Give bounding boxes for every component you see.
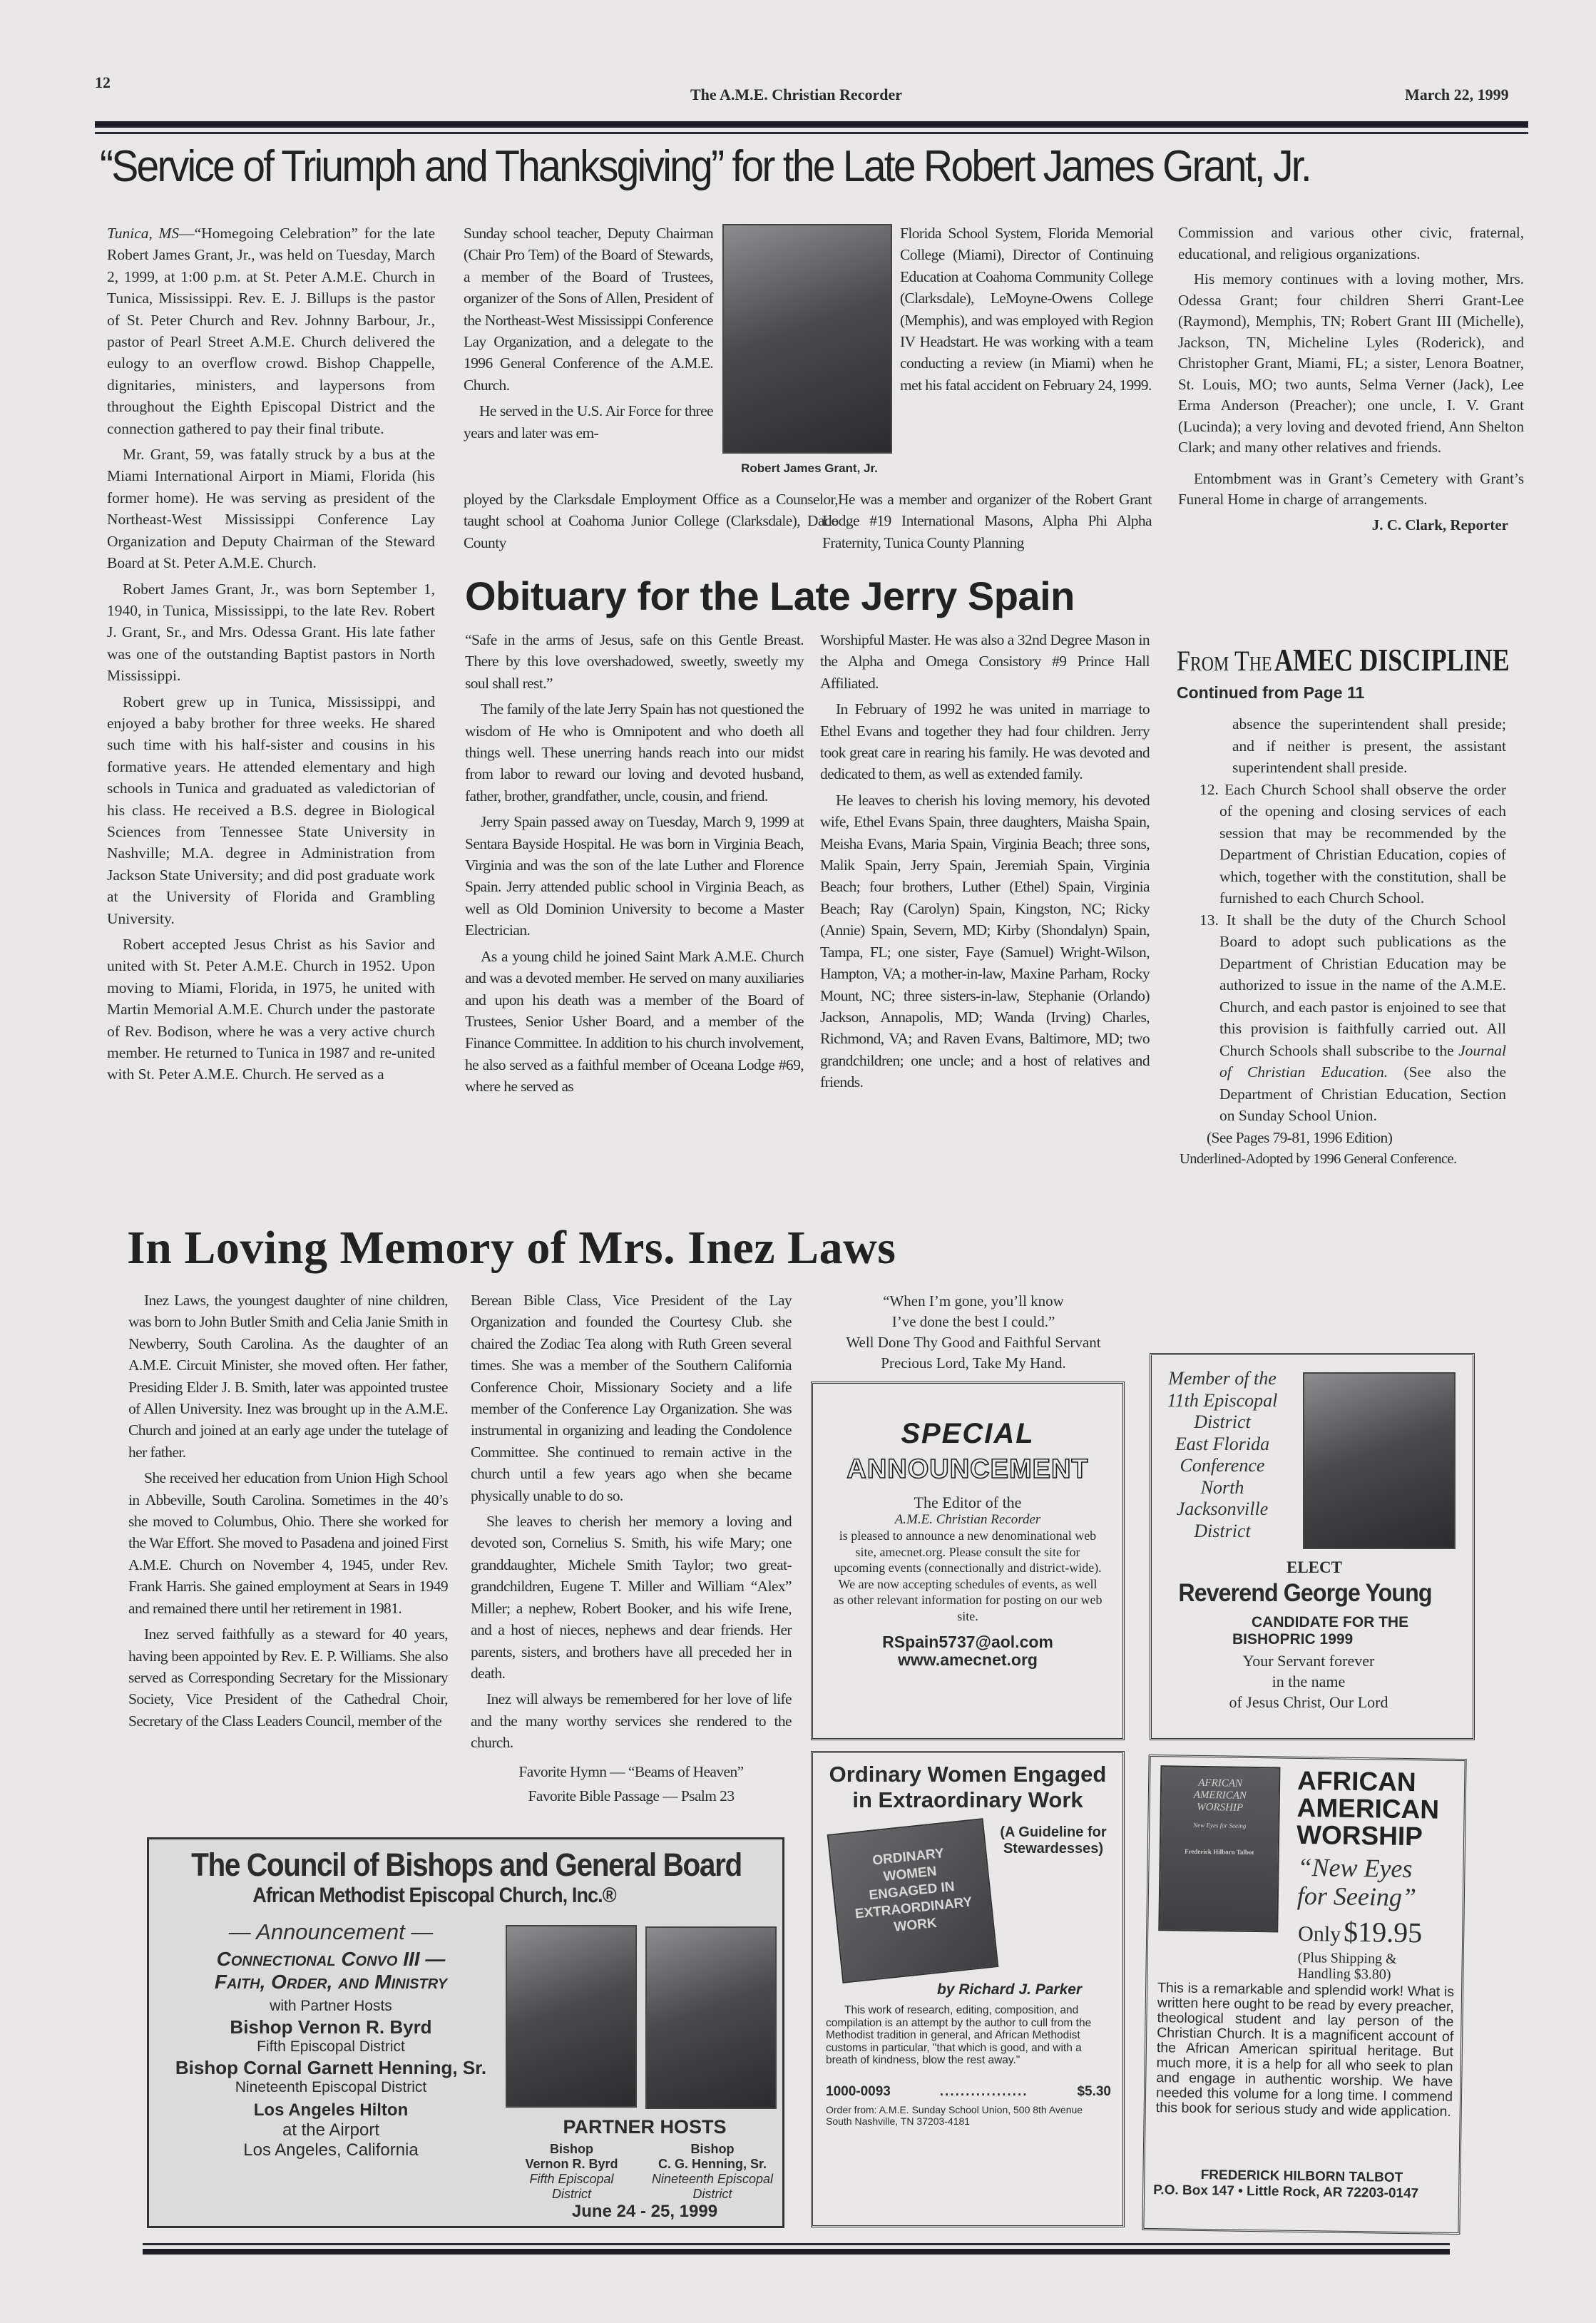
announcement-title: ANNOUNCEMENT bbox=[813, 1454, 1122, 1485]
paragraph: Mr. Grant, 59, was fatally struck by a b… bbox=[107, 444, 435, 573]
subtitle-line: Stewardesses) bbox=[993, 1841, 1114, 1857]
special-title: SPECIAL bbox=[813, 1418, 1122, 1450]
announcement-body: is pleased to announce a new denominatio… bbox=[813, 1528, 1122, 1624]
council-left-panel: — Announcement — Connectional Convo III … bbox=[156, 1919, 506, 2160]
item-number: 13. bbox=[1199, 912, 1219, 929]
ordinary-women-book-cover: ORDINARY WOMEN ENGAGED IN EXTRAORDINARY … bbox=[827, 1818, 999, 1984]
george-young-ad: Member of the 11th Episcopal District Ea… bbox=[1150, 1353, 1475, 1740]
servant-line: of Jesus Christ, Our Lord bbox=[1152, 1692, 1465, 1712]
paragraph: “Safe in the arms of Jesus, safe on this… bbox=[465, 629, 804, 694]
footer-rule-thick bbox=[143, 2249, 1450, 2255]
item-number: 1000-0093 bbox=[826, 2084, 891, 2100]
issue-date: March 22, 1999 bbox=[1405, 86, 1509, 104]
footer-rule-thin bbox=[143, 2243, 1450, 2245]
announcement-line-1: The Editor of the bbox=[813, 1494, 1122, 1512]
council-subtitle: African Methodist Episcopal Church, Inc.… bbox=[178, 1884, 691, 1908]
worship-address: P.O. Box 147 • Little Rock, AR 72203-014… bbox=[1153, 2182, 1460, 2202]
servant-text: Your Servant forever in the name of Jesu… bbox=[1152, 1650, 1465, 1712]
african-american-worship-ad: AFRICAN AMERICAN WORSHIP New Eyes for Se… bbox=[1142, 1755, 1466, 2235]
bishop-1-district: Fifth Episcopal District bbox=[156, 2038, 506, 2056]
tagline-line: “New Eyes bbox=[1297, 1853, 1417, 1883]
discipline-subtitle: Continued from Page 11 bbox=[1177, 683, 1364, 703]
price: $5.30 bbox=[1077, 2084, 1111, 2100]
host-name: Vernon R. Byrd bbox=[506, 2157, 638, 2172]
title-line: AFRICAN bbox=[1297, 1767, 1440, 1797]
host-district: Fifth Episcopal bbox=[506, 2172, 638, 2187]
host-title: Bishop bbox=[641, 2142, 784, 2157]
paragraph: Inez Laws, the youngest daughter of nine… bbox=[128, 1290, 448, 1463]
favorite-hymn: Favorite Hymn — “Beams of Heaven” bbox=[471, 1761, 792, 1782]
book-author: by Richard J. Parker bbox=[937, 1981, 1082, 1998]
paragraph: Inez served faithfully as a steward for … bbox=[128, 1623, 448, 1732]
tagline-line: for Seeing” bbox=[1297, 1882, 1417, 1911]
member-line: North bbox=[1162, 1477, 1283, 1499]
venue-location: at the Airport bbox=[156, 2120, 506, 2140]
masthead-rule-thin bbox=[95, 132, 1528, 134]
with-partner-hosts: with Partner Hosts bbox=[156, 1998, 506, 2015]
special-announcement-box: SPECIAL ANNOUNCEMENT The Editor of the A… bbox=[811, 1382, 1125, 1740]
publication-name: The A.M.E. Christian Recorder bbox=[690, 86, 902, 104]
spain-column-2: Worshipful Master. He was also a 32nd De… bbox=[820, 629, 1150, 1098]
grant-column-3-lower: He was a member and organizer of the Rob… bbox=[822, 489, 1152, 558]
subtitle-line: (A Guideline for bbox=[993, 1824, 1114, 1841]
grant-column-1: Tunica, MS—“Homegoing Celebration” for t… bbox=[107, 223, 435, 1090]
bishop-2-district: Nineteenth Episcopal District bbox=[156, 2079, 506, 2096]
byline: J. C. Clark, Reporter bbox=[1178, 515, 1508, 536]
item-number: 12. bbox=[1199, 781, 1219, 798]
paragraph: The family of the late Jerry Spain has n… bbox=[465, 698, 804, 807]
price-line: 1000-0093 ................. $5.30 bbox=[826, 2084, 1111, 2100]
council-of-bishops-ad: The Council of Bishops and General Board… bbox=[147, 1837, 784, 2228]
bishop-henning-photo bbox=[645, 1926, 777, 2109]
worship-book-cover: AFRICAN AMERICAN WORSHIP New Eyes for Se… bbox=[1158, 1765, 1280, 1932]
paragraph: In February of 1992 he was united in mar… bbox=[820, 698, 1150, 785]
paragraph: He was a member and organizer of the Rob… bbox=[822, 489, 1152, 553]
item-text: Each Church School shall observe the ord… bbox=[1219, 781, 1506, 907]
ordinary-women-ad: Ordinary Women Engaged in Extraordinary … bbox=[811, 1751, 1125, 2227]
discipline-title-big: AMEC DISCIPLINE bbox=[1274, 642, 1510, 678]
discipline-item-13: 13. It shall be the duty of the Church S… bbox=[1178, 909, 1506, 1127]
paragraph: Commission and various other civic, frat… bbox=[1178, 223, 1524, 265]
spain-column-1: “Safe in the arms of Jesus, safe on this… bbox=[465, 629, 804, 1102]
announcement-label: — Announcement — bbox=[156, 1919, 506, 1945]
host-district: Nineteenth Episcopal bbox=[641, 2172, 784, 2187]
partner-hosts-label: PARTNER HOSTS bbox=[506, 2116, 784, 2138]
book-description: This work of research, editing, composit… bbox=[826, 2004, 1111, 2067]
pages-note: (See Pages 79-81, 1996 Edition) bbox=[1178, 1127, 1506, 1149]
member-line: Member of the bbox=[1162, 1368, 1283, 1390]
event-line-1: Connectional Convo III — bbox=[156, 1948, 506, 1971]
host-district: District bbox=[506, 2187, 638, 2202]
paragraph: ployed by the Clarksdale Employment Offi… bbox=[464, 489, 838, 553]
announcement-email[interactable]: RSpain5737@aol.com bbox=[813, 1633, 1122, 1652]
candidate-name: Reverend George Young bbox=[1164, 1579, 1446, 1608]
council-title: The Council of Bishops and General Board bbox=[181, 1847, 752, 1884]
grant-column-4: Commission and various other civic, frat… bbox=[1178, 223, 1524, 536]
cover-subtitle: New Eyes for Seeing bbox=[1161, 1819, 1278, 1832]
dot-leader: ................. bbox=[940, 2084, 1028, 2100]
title-line: AMERICAN bbox=[1296, 1794, 1439, 1824]
book-title: Ordinary Women Engaged in Extraordinary … bbox=[813, 1762, 1122, 1813]
poem-line: Well Done Thy Good and Faithful Servant bbox=[813, 1332, 1134, 1353]
servant-line: in the name bbox=[1152, 1671, 1465, 1692]
bishopric-year: BISHOPRIC 1999 bbox=[1232, 1631, 1353, 1648]
robert-grant-photo bbox=[722, 224, 892, 454]
member-line: East Florida bbox=[1162, 1434, 1283, 1456]
laws-column-1: Inez Laws, the youngest daughter of nine… bbox=[128, 1290, 448, 1736]
member-line: 11th Episcopal bbox=[1162, 1390, 1283, 1412]
paragraph: Jerry Spain passed away on Tuesday, Marc… bbox=[465, 811, 804, 941]
item-text: It shall be the duty of the Church Schoo… bbox=[1219, 912, 1506, 1059]
paragraph: She received her education from Union Hi… bbox=[128, 1467, 448, 1619]
paragraph: Berean Bible Class, Vice President of th… bbox=[471, 1290, 792, 1506]
title-line: in Extraordinary Work bbox=[813, 1787, 1122, 1813]
discipline-item-12: 12. Each Church School shall observe the… bbox=[1178, 779, 1506, 909]
host-name: C. G. Henning, Sr. bbox=[641, 2157, 784, 2172]
spain-headline: Obituary for the Late Jerry Spain bbox=[465, 573, 1075, 619]
cover-line: WORSHIP bbox=[1162, 1801, 1279, 1814]
grant-headline: “Service of Triumph and Thanksgiving” fo… bbox=[100, 141, 1310, 192]
worship-tagline: “New Eyes for Seeing” bbox=[1297, 1853, 1417, 1911]
poem-line: “When I’m gone, you’ll know bbox=[813, 1291, 1134, 1312]
candidate-for: CANDIDATE FOR THE bbox=[1252, 1614, 1408, 1631]
laws-poem: “When I’m gone, you’ll know I’ve done th… bbox=[813, 1291, 1134, 1374]
paragraph: Robert grew up in Tunica, Mississippi, a… bbox=[107, 691, 435, 929]
grant-column-3: Florida School System, Florida Memorial … bbox=[900, 223, 1153, 400]
paragraph: Sunday school teacher, Deputy Chairman (… bbox=[464, 223, 713, 396]
bishop-byrd-photo bbox=[506, 1925, 637, 2108]
poem-line: Precious Lord, Take My Hand. bbox=[813, 1353, 1134, 1374]
announcement-publication: A.M.E. Christian Recorder bbox=[813, 1512, 1122, 1528]
host-title: Bishop bbox=[506, 2142, 638, 2157]
photo-caption: Robert James Grant, Jr. bbox=[717, 461, 902, 476]
book-subtitle: (A Guideline for Stewardesses) bbox=[993, 1824, 1114, 1857]
venue-name: Los Angeles Hilton bbox=[156, 2100, 506, 2120]
poem-line: I’ve done the best I could.” bbox=[813, 1312, 1134, 1332]
favorite-passage: Favorite Bible Passage — Psalm 23 bbox=[471, 1785, 792, 1807]
paragraph: His memory continues with a loving mothe… bbox=[1178, 269, 1524, 459]
page-number: 12 bbox=[95, 73, 111, 92]
paragraph: Inez will always be remembered for her l… bbox=[471, 1688, 792, 1753]
worship-title: AFRICAN AMERICAN WORSHIP bbox=[1296, 1767, 1440, 1851]
event-line-2: Faith, Order, and Ministry bbox=[156, 1971, 506, 1993]
paragraph: Robert accepted Jesus Christ as his Savi… bbox=[107, 934, 435, 1086]
paragraph: He served in the U.S. Air Force for thre… bbox=[464, 400, 713, 444]
bishop-2-name: Bishop Cornal Garnett Henning, Sr. bbox=[156, 2057, 506, 2079]
masthead-rule-thick bbox=[95, 121, 1528, 128]
order-from: Order from: A.M.E. Sunday School Union, … bbox=[826, 2104, 1097, 2127]
george-young-photo bbox=[1303, 1372, 1456, 1549]
paragraph: Worshipful Master. He was also a 32nd De… bbox=[820, 629, 1150, 694]
host-2: Bishop C. G. Henning, Sr. Nineteenth Epi… bbox=[641, 2142, 784, 2202]
paragraph: She leaves to cherish her memory a lovin… bbox=[471, 1511, 792, 1684]
venue-city: Los Angeles, California bbox=[156, 2140, 506, 2160]
paragraph: Entombment was in Grant’s Cemetery with … bbox=[1178, 469, 1524, 511]
event-dates: June 24 - 25, 1999 bbox=[506, 2202, 784, 2222]
member-line: District bbox=[1162, 1521, 1283, 1543]
paragraph: Florida School System, Florida Memorial … bbox=[900, 223, 1153, 396]
discipline-title: From the AMEC DISCIPLINE bbox=[1177, 642, 1561, 678]
shipping-line: (Plus Shipping & bbox=[1298, 1950, 1397, 1967]
cover-author: Frederick Hilborn Talbot bbox=[1161, 1845, 1278, 1859]
dateline: Tunica, MS bbox=[107, 225, 179, 242]
host-1: Bishop Vernon R. Byrd Fifth Episcopal Di… bbox=[506, 2142, 638, 2202]
host-district: District bbox=[641, 2187, 784, 2202]
adopted-note: Underlined-Adopted by 1996 General Confe… bbox=[1178, 1148, 1506, 1170]
shipping-note: (Plus Shipping & Handling $3.80) bbox=[1297, 1950, 1397, 1983]
paragraph: —“Homegoing Celebration” for the late Ro… bbox=[107, 225, 435, 437]
member-line: Jacksonville bbox=[1162, 1499, 1283, 1521]
bishop-1-name: Bishop Vernon R. Byrd bbox=[156, 2016, 506, 2038]
grant-column-2: Sunday school teacher, Deputy Chairman (… bbox=[464, 223, 713, 448]
paragraph: As a young child he joined Saint Mark A.… bbox=[465, 946, 804, 1098]
title-line: Ordinary Women Engaged bbox=[813, 1762, 1122, 1787]
title-line: WORSHIP bbox=[1296, 1822, 1439, 1851]
member-line: District bbox=[1162, 1411, 1283, 1434]
announcement-website[interactable]: www.amecnet.org bbox=[813, 1652, 1122, 1668]
laws-headline: In Loving Memory of Mrs. Inez Laws bbox=[127, 1221, 896, 1275]
discipline-body: absence the superintendent shall preside… bbox=[1178, 713, 1506, 1170]
worship-price: Only $19.95 bbox=[1298, 1914, 1423, 1949]
member-of-district: Member of the 11th Episcopal District Ea… bbox=[1162, 1368, 1283, 1542]
servant-line: Your Servant forever bbox=[1152, 1650, 1465, 1671]
elect-label: ELECT bbox=[1152, 1558, 1477, 1577]
member-line: Conference bbox=[1162, 1455, 1283, 1477]
shipping-line: Handling $3.80) bbox=[1297, 1966, 1396, 1983]
only-label: Only bbox=[1298, 1922, 1341, 1946]
grant-column-2-lower: ployed by the Clarksdale Employment Offi… bbox=[464, 489, 838, 558]
price: $19.95 bbox=[1344, 1916, 1423, 1949]
discipline-title-small: From the bbox=[1177, 644, 1272, 678]
laws-column-2: Berean Bible Class, Vice President of th… bbox=[471, 1290, 792, 1807]
worship-description: This is a remarkable and splendid work! … bbox=[1156, 1981, 1455, 2120]
discipline-continuation: absence the superintendent shall preside… bbox=[1178, 713, 1506, 779]
paragraph: Robert James Grant, Jr., was born Septem… bbox=[107, 578, 435, 687]
paragraph: He leaves to cherish his loving memory, … bbox=[820, 790, 1150, 1093]
